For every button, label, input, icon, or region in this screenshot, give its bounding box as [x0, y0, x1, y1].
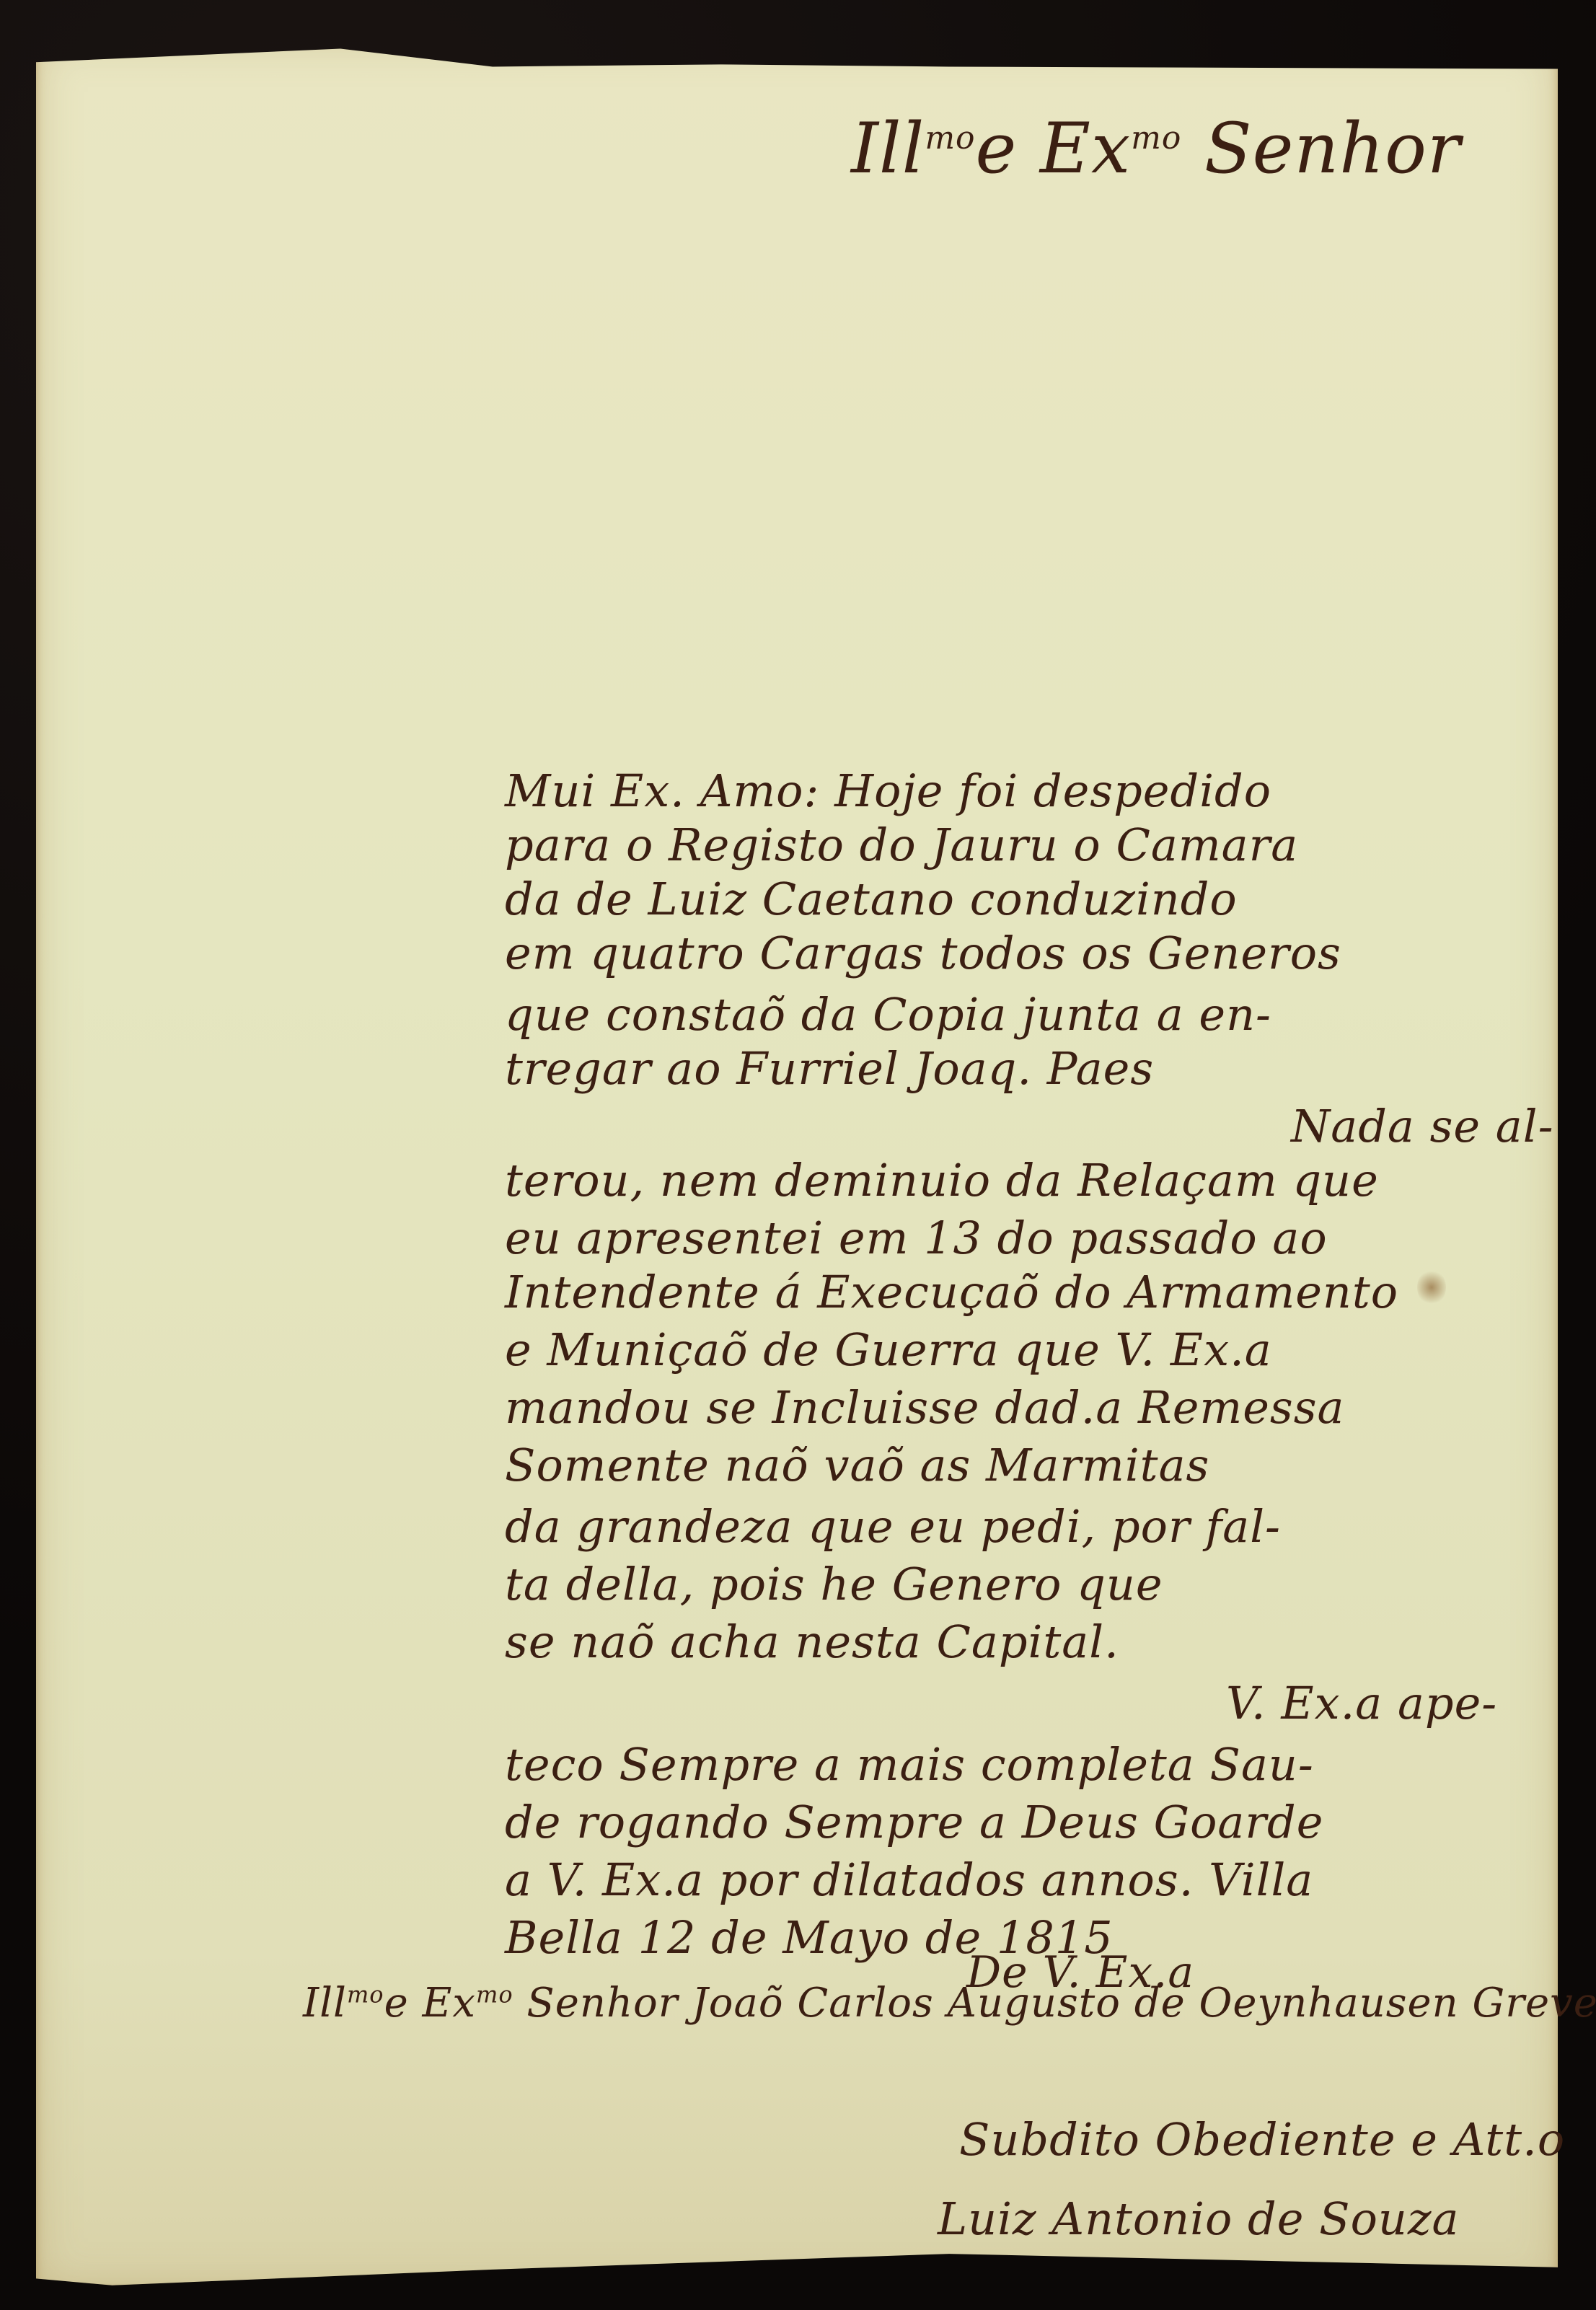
body-line-4: em quatro Cargas todos os Generos	[505, 927, 1341, 979]
body-line-3: da de Luiz Caetano conduzindo	[505, 873, 1238, 925]
addressee: Illmoe Exmo Senhor Joaõ Carlos Augusto d…	[303, 1980, 1596, 2027]
body-line-6: tregar ao Furriel Joaq. Paes	[505, 1042, 1154, 1095]
body-line-14: da grandeza que eu pedi, por fal-	[505, 1500, 1281, 1553]
body-line-5: que constaõ da Copia junta a en-	[505, 988, 1271, 1041]
signature-line-1: Subdito Obediente e Att.o	[959, 2113, 1565, 2166]
salutation-sup-1: mo	[925, 120, 975, 157]
body-line-16: se naõ acha nesta Capital.	[505, 1615, 1119, 1668]
addressee-prefix: Ill	[303, 1980, 347, 2027]
body-line-7: Nada se al-	[1291, 1100, 1554, 1152]
body-line-10: Intendente á Execuçaõ do Armamento	[505, 1266, 1398, 1318]
body-line-11: e Muniçaõ de Guerra que V. Ex.a	[505, 1323, 1272, 1376]
addressee-sup-2: mo	[476, 1980, 513, 2008]
body-line-15: ta della, pois he Genero que	[505, 1558, 1163, 1610]
salutation-sup-2: mo	[1131, 120, 1181, 157]
addressee-sup-1: mo	[347, 1980, 384, 2008]
body-line-13: Somente naõ vaõ as Marmitas	[505, 1439, 1209, 1491]
signature-name: Luiz Antonio de Souza	[938, 2192, 1460, 2245]
body-line-17: V. Ex.a ape-	[1226, 1677, 1497, 1729]
salutation-suffix: Senhor	[1181, 108, 1460, 189]
body-line-2: para o Registo do Jauru o Camara	[505, 819, 1298, 871]
body-line-9: eu apresentei em 13 do passado ao	[505, 1212, 1328, 1264]
addressee-name: Senhor Joaõ Carlos Augusto de Oeynhausen…	[513, 1980, 1596, 2027]
salutation-mid: e Ex	[976, 108, 1132, 189]
body-line-18: teco Sempre a mais completa Sau-	[505, 1738, 1314, 1791]
body-line-1: Mui Ex. Amo: Hoje foi despedido	[505, 764, 1271, 817]
body-line-12: mandou se Incluisse dad.a Remessa	[505, 1381, 1345, 1434]
addressee-mid: e Ex	[384, 1980, 476, 2027]
salutation: Illmoe Exmo Senhor	[851, 108, 1461, 189]
ink-stain	[1417, 1269, 1446, 1305]
salutation-prefix: Ill	[851, 108, 925, 189]
body-line-19: de rogando Sempre a Deus Goarde	[505, 1796, 1323, 1848]
body-line-8: terou, nem deminuio da Relaçam que	[505, 1154, 1379, 1207]
body-line-20: a V. Ex.a por dilatados annos. Villa	[505, 1853, 1313, 1906]
